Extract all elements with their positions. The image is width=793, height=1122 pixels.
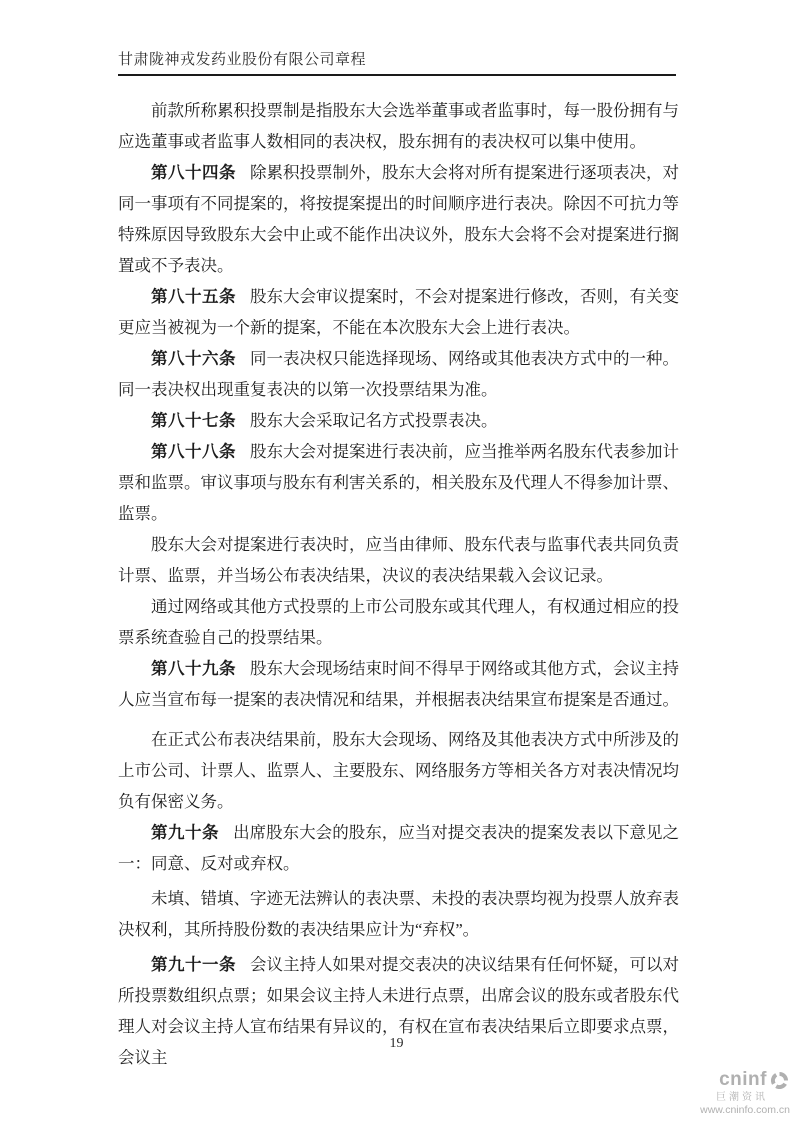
- paragraph-text: 股东大会采取记名方式投票表决。: [250, 411, 498, 430]
- paragraph: 第九十一条会议主持人如果对提交表决的决议结果有任何怀疑，可以对所投票数组织点票；…: [118, 949, 679, 1073]
- cninfo-chinese-name: 巨潮资讯: [670, 1092, 790, 1103]
- paragraph-text: 未填、错填、字迹无法辨认的表决票、未投的表决票均视为投票人放弃表决权利，其所持股…: [118, 889, 679, 939]
- article-number: 第八十七条: [151, 411, 236, 430]
- paragraph: 第八十九条股东大会现场结束时间不得早于网络或其他方式，会议主持人应当宣布每一提案…: [118, 653, 679, 715]
- article-number: 第八十四条: [151, 163, 236, 182]
- paragraph: 第九十条出席股东大会的股东，应当对提交表决的提案发表以下意见之一：同意、反对或弃…: [118, 817, 679, 879]
- paragraph: 第八十四条除累积投票制外，股东大会将对所有提案进行逐项表决，对同一事项有不同提案…: [118, 157, 679, 281]
- article-number: 第八十五条: [151, 287, 236, 306]
- paragraph: 第八十五条股东大会审议提案时，不会对提案进行修改，否则，有关变更应当被视为一个新…: [118, 281, 679, 343]
- paragraph: 第八十八条股东大会对提案进行表决前，应当推举两名股东代表参加计票和监票。审议事项…: [118, 436, 679, 529]
- paragraph: 股东大会对提案进行表决时，应当由律师、股东代表与监事代表共同负责计票、监票，并当…: [118, 529, 679, 591]
- paragraph-text: 前款所称累积投票制是指股东大会选举董事或者监事时，每一股份拥有与应选董事或者监事…: [118, 101, 679, 151]
- paragraph: 未填、错填、字迹无法辨认的表决票、未投的表决票均视为投票人放弃表决权利，其所持股…: [118, 883, 679, 945]
- cninfo-brand-row: cninf: [670, 1070, 790, 1091]
- cninfo-swirl-icon: [769, 1070, 790, 1091]
- paragraph: 第八十七条股东大会采取记名方式投票表决。: [118, 405, 679, 436]
- cninfo-logo: cninf 巨潮资讯 www.cninfo.com.cn: [670, 1070, 790, 1117]
- cninfo-brand-text: cninf: [719, 1070, 767, 1091]
- cninfo-url: www.cninfo.com.cn: [670, 1105, 790, 1117]
- header-title: 甘肃陇神戎发药业股份有限公司章程: [118, 52, 366, 68]
- paragraph: 在正式公布表决结果前，股东大会现场、网络及其他表决方式中所涉及的上市公司、计票人…: [118, 724, 679, 817]
- paragraph: 第八十六条同一表决权只能选择现场、网络或其他表决方式中的一种。同一表决权出现重复…: [118, 343, 679, 405]
- paragraph: 通过网络或其他方式投票的上市公司股东或其代理人，有权通过相应的投票系统查验自己的…: [118, 591, 679, 653]
- document-body: 前款所称累积投票制是指股东大会选举董事或者监事时，每一股份拥有与应选董事或者监事…: [118, 95, 679, 1073]
- page-number: 19: [0, 1036, 793, 1052]
- document-page: 甘肃陇神戎发药业股份有限公司章程 前款所称累积投票制是指股东大会选举董事或者监事…: [0, 0, 793, 1122]
- article-number: 第九十一条: [151, 955, 236, 974]
- article-number: 第八十八条: [151, 442, 236, 461]
- paragraph-text: 通过网络或其他方式投票的上市公司股东或其代理人，有权通过相应的投票系统查验自己的…: [118, 597, 679, 647]
- paragraph: 前款所称累积投票制是指股东大会选举董事或者监事时，每一股份拥有与应选董事或者监事…: [118, 95, 679, 157]
- article-number: 第八十六条: [151, 349, 236, 368]
- article-number: 第九十条: [151, 823, 219, 842]
- paragraph-text: 股东大会对提案进行表决时，应当由律师、股东代表与监事代表共同负责计票、监票，并当…: [118, 535, 679, 585]
- paragraph-text: 在正式公布表决结果前，股东大会现场、网络及其他表决方式中所涉及的上市公司、计票人…: [118, 730, 679, 811]
- running-header: 甘肃陇神戎发药业股份有限公司章程: [118, 48, 676, 76]
- article-number: 第八十九条: [151, 659, 236, 678]
